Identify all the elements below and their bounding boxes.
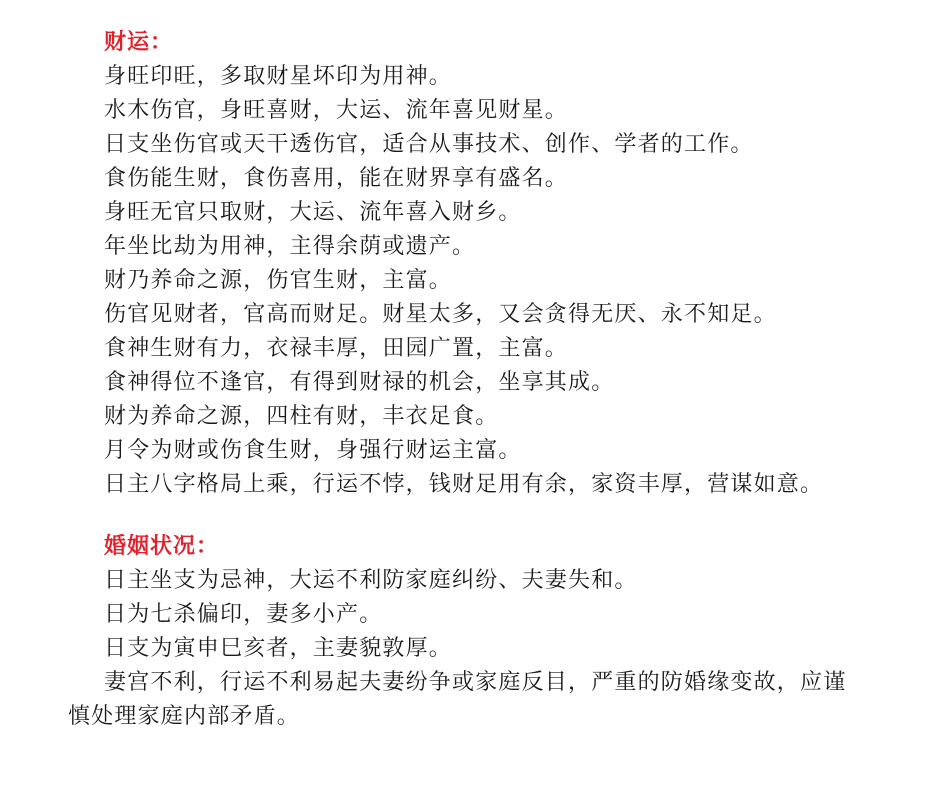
section-spacer xyxy=(68,502,868,530)
text-line: 日支坐伤官或天干透伤官，适合从事技术、创作、学者的工作。 xyxy=(68,128,868,162)
text-line: 食神得位不逢官，有得到财禄的机会，坐享其成。 xyxy=(68,366,868,400)
text-line: 日支为寅申巳亥者，主妻貌敦厚。 xyxy=(68,632,868,666)
section-heading-wealth: 财运： xyxy=(68,26,868,60)
section-wealth: 财运： 身旺印旺，多取财星坏印为用神。 水木伤官，身旺喜财，大运、流年喜见财星。… xyxy=(68,26,868,502)
text-line: 日主坐支为忌神，大运不利防家庭纠纷、夫妻失和。 xyxy=(68,564,868,598)
text-line: 身旺无官只取财，大运、流年喜入财乡。 xyxy=(68,196,868,230)
text-line: 水木伤官，身旺喜财，大运、流年喜见财星。 xyxy=(68,94,868,128)
text-line: 食伤能生财，食伤喜用，能在财界享有盛名。 xyxy=(68,162,868,196)
text-line: 伤官见财者，官高而财足。财星太多，又会贪得无厌、永不知足。 xyxy=(68,298,868,332)
text-line: 财为养命之源，四柱有财，丰衣足食。 xyxy=(68,400,868,434)
text-line: 食神生财有力，衣禄丰厚，田园广置，主富。 xyxy=(68,332,868,366)
section-heading-marriage: 婚姻状况： xyxy=(68,530,868,564)
text-line: 财乃养命之源，伤官生财，主富。 xyxy=(68,264,868,298)
text-line: 日为七杀偏印，妻多小产。 xyxy=(68,598,868,632)
document-body: 财运： 身旺印旺，多取财星坏印为用神。 水木伤官，身旺喜财，大运、流年喜见财星。… xyxy=(68,26,868,734)
closing-paragraph: 日主八字格局上乘，行运不悖，钱财足用有余，家资丰厚，营谋如意。 xyxy=(68,468,858,502)
closing-paragraph: 妻宫不利，行运不利易起夫妻纷争或家庭反目，严重的防婚缘变故，应谨慎处理家庭内部矛… xyxy=(68,666,858,734)
text-line: 身旺印旺，多取财星坏印为用神。 xyxy=(68,60,868,94)
section-marriage: 婚姻状况： 日主坐支为忌神，大运不利防家庭纠纷、夫妻失和。 日为七杀偏印，妻多小… xyxy=(68,530,868,734)
text-line: 年坐比劫为用神，主得余荫或遗产。 xyxy=(68,230,868,264)
text-line: 月令为财或伤食生财，身强行财运主富。 xyxy=(68,434,868,468)
